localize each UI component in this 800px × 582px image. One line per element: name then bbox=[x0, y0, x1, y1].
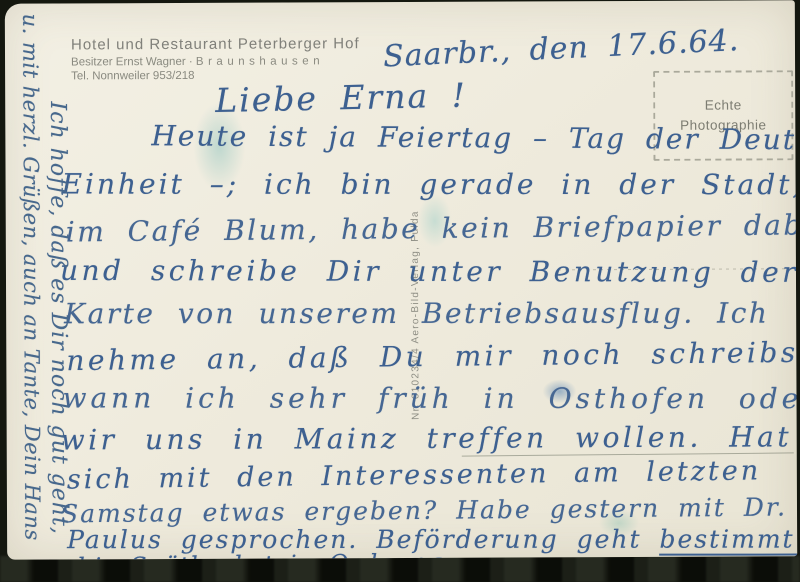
hotel-name: Hotel und Restaurant Peterberger Hof bbox=[71, 35, 360, 53]
printed-header: Hotel und Restaurant Peterberger Hof Bes… bbox=[71, 35, 360, 82]
margin-note-line: Ich hoffe, daß es Dir noch gut geht, bbox=[43, 9, 73, 559]
body-line: im Café Blum, habe kein Briefpapier dabe… bbox=[66, 208, 798, 248]
body-line: wann ich sehr früh in Osthofen oder bbox=[63, 381, 798, 415]
owner-line: Besitzer Ernst Wagner · Braunshausen bbox=[71, 55, 360, 68]
stamp-box-line1: Echte bbox=[705, 95, 742, 115]
postcard-scan: Hotel und Restaurant Peterberger Hof Bes… bbox=[0, 0, 800, 582]
body-line: nehme an, daß Du mir noch schreibst, bbox=[66, 335, 797, 377]
body-line: Samstag etwas ergeben? Habe gestern mit … bbox=[61, 492, 787, 528]
underlined-word: bestimmt bbox=[659, 525, 797, 556]
postcard-back: Hotel und Restaurant Peterberger Hof Bes… bbox=[5, 0, 797, 559]
salutation: Liebe Erna ! bbox=[215, 76, 467, 120]
body-line: Karte von unserem Betriebsausflug. Ich bbox=[64, 297, 769, 331]
body-line: Heute ist ja Feiertag – Tag der Deutsche… bbox=[151, 119, 797, 157]
separator-dot: · bbox=[189, 56, 193, 68]
margin-note-line: u. mit herzl. Grüßen, auch an Tante, Dei… bbox=[17, 10, 46, 560]
body-line: Einheit –; ich bin gerade in der Stadt, bbox=[62, 168, 798, 202]
scan-edge-strip bbox=[0, 556, 800, 582]
body-line: sich mit den Interessenten am letzten bbox=[67, 455, 762, 495]
body-line: und schreibe Dir unter Benutzung der bbox=[60, 254, 797, 289]
dateline: Saarbr., den 17.6.64. bbox=[382, 23, 740, 74]
margin-note: Ich hoffe, daß es Dir noch gut geht, u. … bbox=[17, 9, 73, 559]
owner-name: Besitzer Ernst Wagner bbox=[71, 56, 186, 69]
body-line: wir uns in Mainz treffen wollen. Hat bbox=[61, 420, 793, 456]
town-name: Braunshausen bbox=[196, 55, 324, 68]
